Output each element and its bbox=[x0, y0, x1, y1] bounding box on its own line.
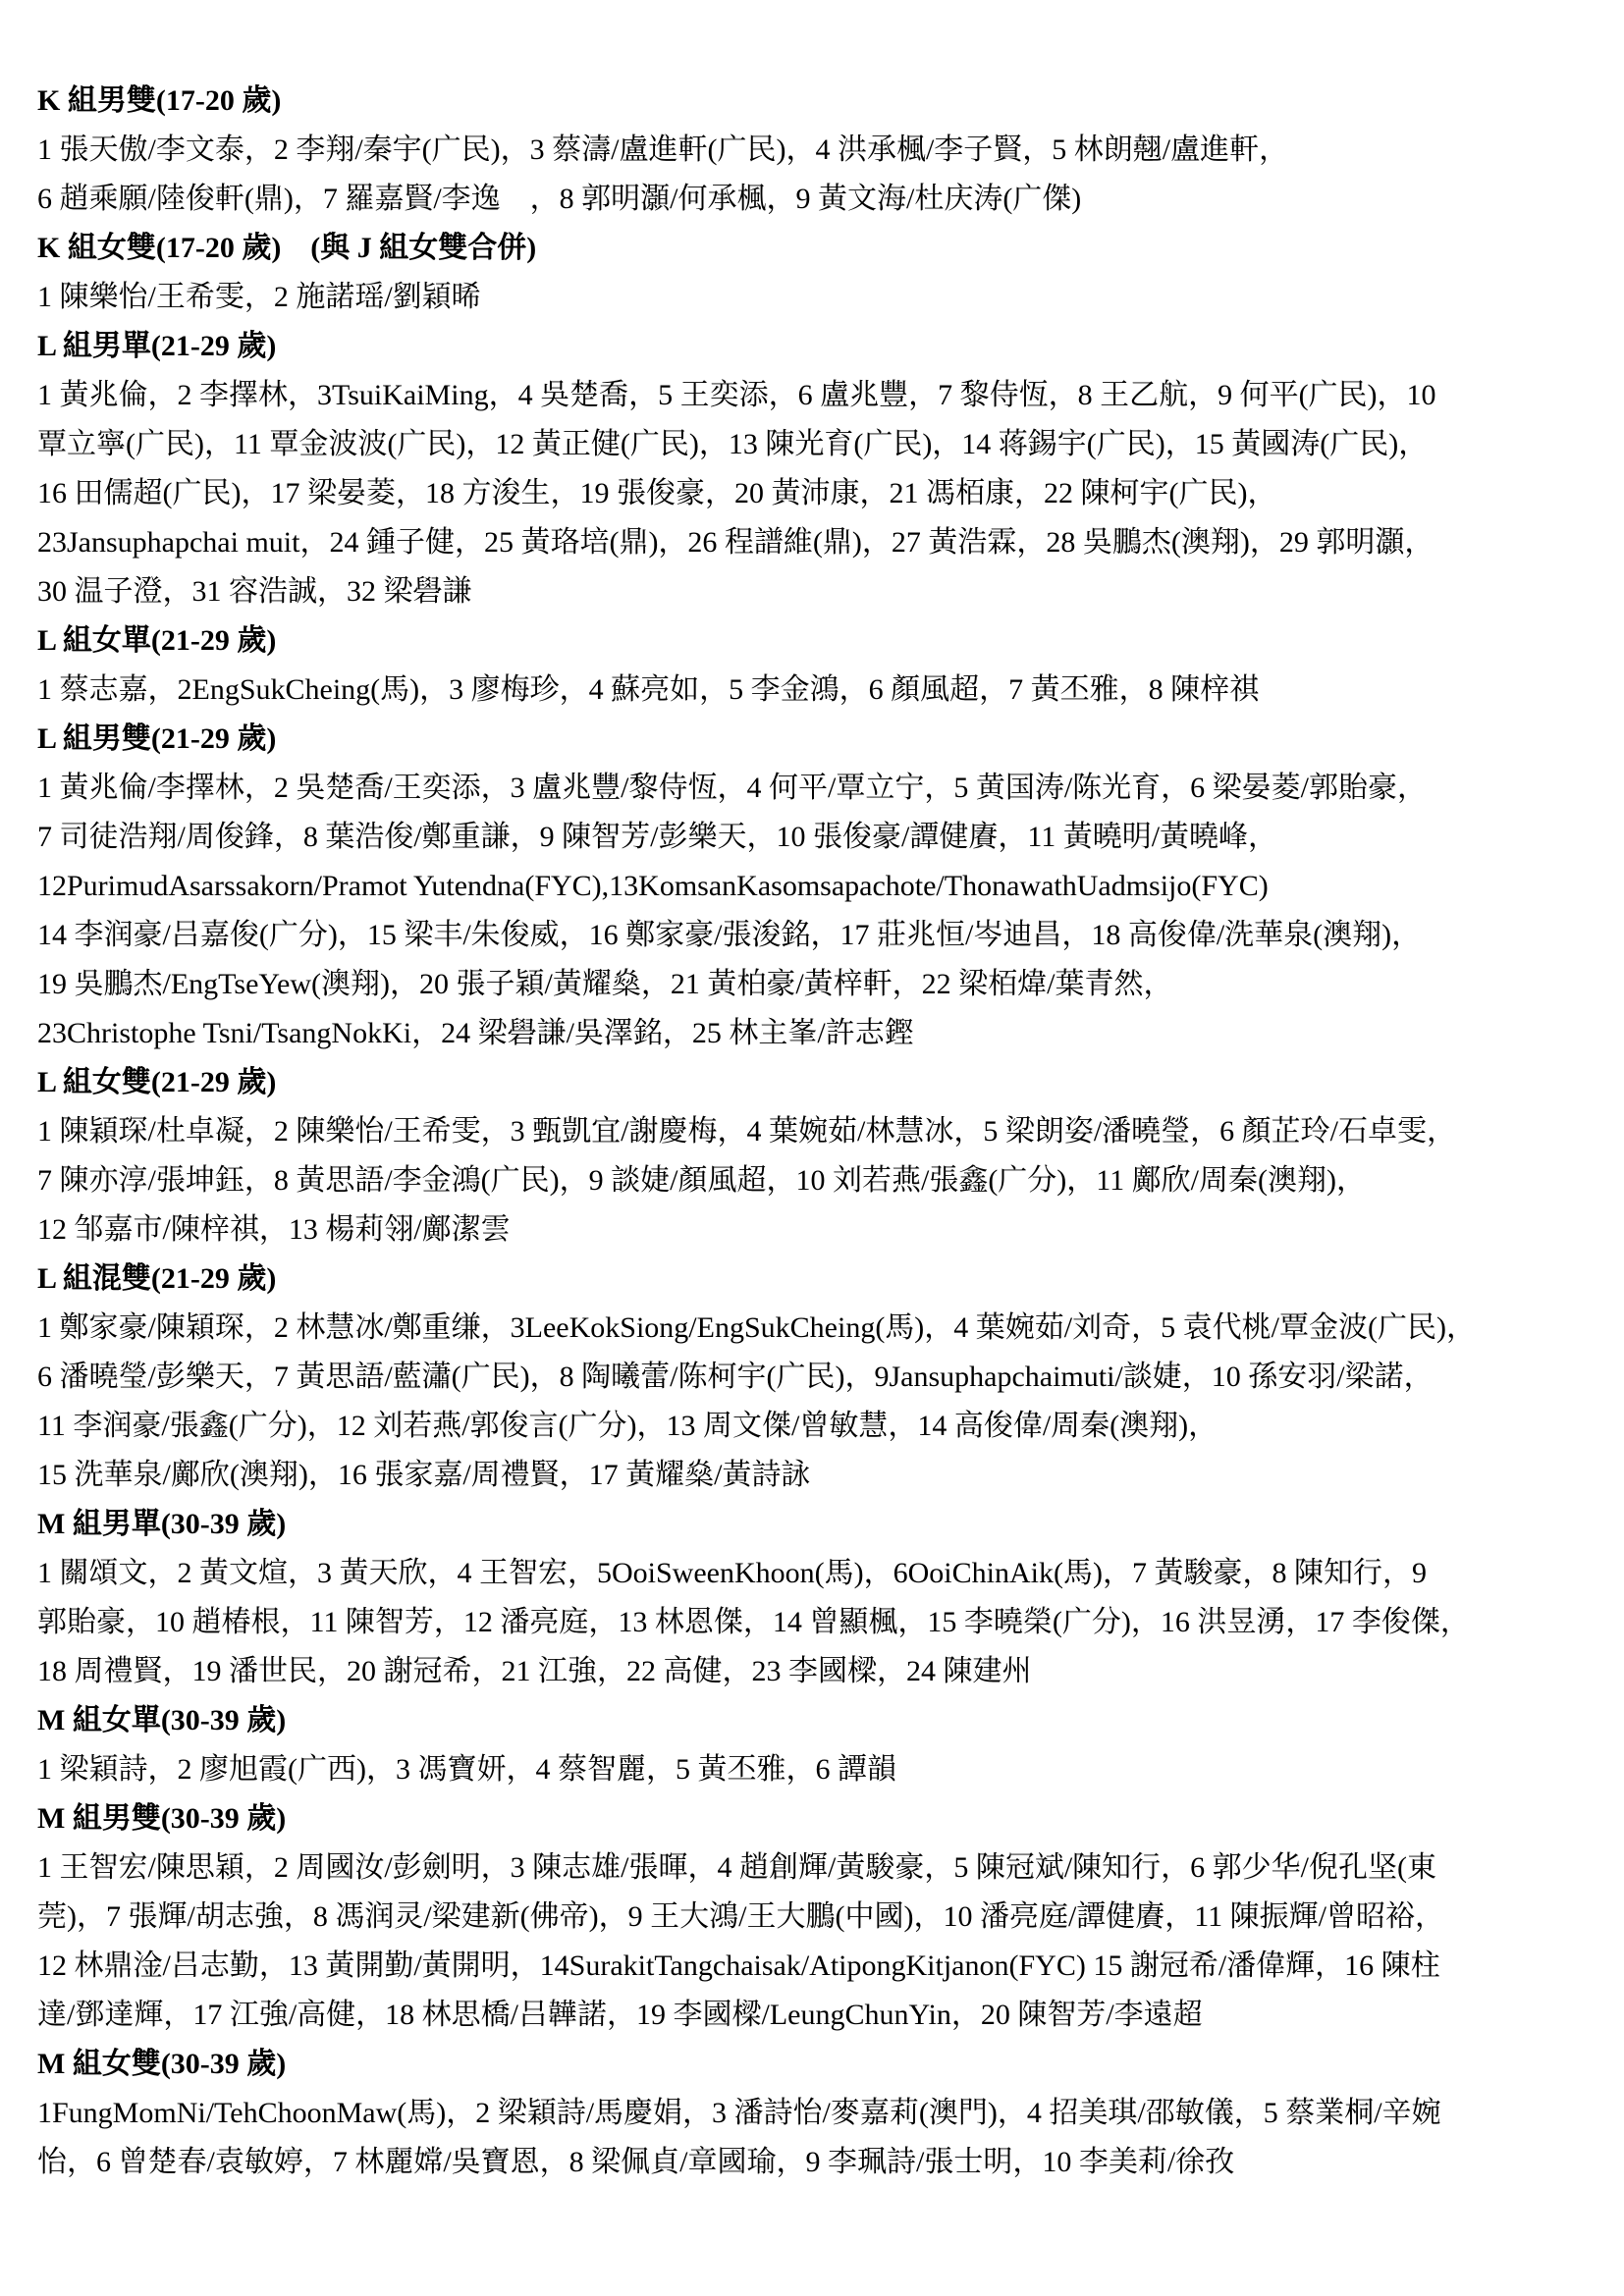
section-heading: L 組男單(21-29 歲) bbox=[37, 322, 1598, 371]
entry-line: 19 吳鵬杰/EngTseYew(澳翔)，20 張子穎/黃耀燊，21 黃柏豪/黃… bbox=[37, 960, 1598, 1009]
entry-line: 1 關頌文，2 黃文煊，3 黃天欣，4 王智宏，5OoiSweenKhoon(馬… bbox=[37, 1549, 1598, 1598]
entry-line: 1 張天傲/李文泰，2 李翔/秦宇(广民)，3 蔡濤/盧進軒(广民)，4 洪承楓… bbox=[37, 126, 1598, 175]
section-heading: L 組混雙(21-29 歲) bbox=[37, 1255, 1598, 1304]
entry-line: 怡，6 曾楚春/袁敏婷，7 林麗嫦/吳寶恩，8 梁佩貞/章國瑜，9 李珮詩/張士… bbox=[37, 2138, 1598, 2187]
entry-line: 18 周禮賢，19 潘世民，20 謝冠希，21 江強，22 高健，23 李國樑，… bbox=[37, 1647, 1598, 1696]
entry-line: 7 陳亦淳/張坤鈺，8 黃思語/李金鴻(广民)，9 談婕/顏風超，10 刘若燕/… bbox=[37, 1156, 1598, 1205]
section-l-mixed-doubles: L 組混雙(21-29 歲) 1 鄭家豪/陳穎琛，2 林慧冰/鄭重缣，3LeeK… bbox=[37, 1255, 1598, 1500]
document-page: K 組男雙(17-20 歲) 1 張天傲/李文泰，2 李翔/秦宇(广民)，3 蔡… bbox=[37, 77, 1598, 2187]
entry-line: 覃立寧(广民)，11 覃金波波(广民)，12 黃正健(广民)，13 陳光育(广民… bbox=[37, 420, 1598, 469]
entry-line: 達/鄧達輝，17 江強/高健，18 林思橋/吕韡諾，19 李國樑/LeungCh… bbox=[37, 1991, 1598, 2040]
section-l-mens-singles: L 組男單(21-29 歲) 1 黃兆倫，2 李擇林，3TsuiKaiMing，… bbox=[37, 322, 1598, 616]
entry-line: 23Christophe Tsni/TsangNokKi，24 梁礐謙/吳澤銘，… bbox=[37, 1009, 1598, 1058]
entry-line: 郭貽豪，10 趙椿根，11 陳智芳，12 潘亮庭，13 林恩傑，14 曾顯楓，1… bbox=[37, 1598, 1598, 1647]
section-heading: K 組男雙(17-20 歲) bbox=[37, 77, 1598, 126]
entry-line: 12 林鼎淦/吕志勤，13 黃開勤/黃開明，14SurakitTangchais… bbox=[37, 1942, 1598, 1991]
entry-line: 6 趙乘願/陸俊軒(鼎)，7 羅嘉賢/李逸 ，8 郭明灝/何承楓，9 黃文海/杜… bbox=[37, 175, 1598, 224]
section-m-womens-doubles: M 組女雙(30-39 歲) 1FungMomNi/TehChoonMaw(馬)… bbox=[37, 2040, 1598, 2187]
entry-line: 1 蔡志嘉，2EngSukCheing(馬)，3 廖梅珍，4 蘇亮如，5 李金鴻… bbox=[37, 666, 1598, 715]
entry-line: 12 邹嘉市/陳梓祺，13 楊莉翎/鄺潔雲 bbox=[37, 1205, 1598, 1255]
entry-line: 1FungMomNi/TehChoonMaw(馬)，2 梁穎詩/馬慶娟，3 潘詩… bbox=[37, 2089, 1598, 2138]
entry-line: 14 李润豪/吕嘉俊(广分)，15 梁丰/朱俊威，16 鄭家豪/張浚銘，17 莊… bbox=[37, 911, 1598, 960]
section-heading: M 組男單(30-39 歲) bbox=[37, 1500, 1598, 1549]
section-l-womens-singles: L 組女單(21-29 歲) 1 蔡志嘉，2EngSukCheing(馬)，3 … bbox=[37, 616, 1598, 715]
section-heading: M 組男雙(30-39 歲) bbox=[37, 1794, 1598, 1843]
section-l-mens-doubles: L 組男雙(21-29 歲) 1 黃兆倫/李擇林，2 吳楚喬/王奕添，3 盧兆豐… bbox=[37, 715, 1598, 1058]
entry-line: 11 李润豪/張鑫(广分)，12 刘若燕/郭俊言(广分)，13 周文傑/曾敏慧，… bbox=[37, 1402, 1598, 1451]
entry-line: 1 王智宏/陳思穎，2 周國汝/彭劍明，3 陳志雄/張暉，4 趙創輝/黃駿豪，5… bbox=[37, 1843, 1598, 1893]
section-m-womens-singles: M 組女單(30-39 歲) 1 梁穎詩，2 廖旭霞(广西)，3 馮寶妍，4 蔡… bbox=[37, 1696, 1598, 1794]
entry-line: 1 梁穎詩，2 廖旭霞(广西)，3 馮寶妍，4 蔡智麗，5 黃丕雅，6 譚韻 bbox=[37, 1745, 1598, 1794]
entry-line: 15 洗華泉/鄺欣(澳翔)，16 張家嘉/周禮賢，17 黃耀燊/黃詩詠 bbox=[37, 1451, 1598, 1500]
entry-line: 1 黃兆倫/李擇林，2 吳楚喬/王奕添，3 盧兆豐/黎侍恆，4 何平/覃立宁，5… bbox=[37, 764, 1598, 813]
entry-line: 6 潘曉瑩/彭樂天，7 黃思語/藍瀟(广民)，8 陶曦蕾/陈柯宇(广民)，9Ja… bbox=[37, 1353, 1598, 1402]
section-heading: M 組女雙(30-39 歲) bbox=[37, 2040, 1598, 2089]
entry-line: 12PurimudAsarssakorn/Pramot Yutendna(FYC… bbox=[37, 862, 1598, 911]
entry-line: 1 黃兆倫，2 李擇林，3TsuiKaiMing，4 吳楚喬，5 王奕添，6 盧… bbox=[37, 371, 1598, 420]
entry-line: 30 温子澄，31 容浩誠，32 梁礐謙 bbox=[37, 567, 1598, 616]
entry-line: 23Jansuphapchai muit，24 鍾子健，25 黃珞培(鼎)，26… bbox=[37, 518, 1598, 567]
entry-line: 7 司徒浩翔/周俊鋒，8 葉浩俊/鄭重謙，9 陳智芳/彭樂天，10 張俊豪/譚健… bbox=[37, 813, 1598, 862]
section-l-womens-doubles: L 組女雙(21-29 歲) 1 陳穎琛/杜卓凝，2 陳樂怡/王希雯，3 甄凱宜… bbox=[37, 1058, 1598, 1255]
section-heading: L 組男雙(21-29 歲) bbox=[37, 715, 1598, 764]
section-heading: M 組女單(30-39 歲) bbox=[37, 1696, 1598, 1745]
section-heading: L 組女單(21-29 歲) bbox=[37, 616, 1598, 666]
entry-line: 16 田儒超(广民)，17 梁晏菱，18 方浚生，19 張俊豪，20 黃沛康，2… bbox=[37, 469, 1598, 518]
section-heading: K 組女雙(17-20 歲) (與 J 組女雙合併) bbox=[37, 224, 1598, 273]
entry-line: 1 陳穎琛/杜卓凝，2 陳樂怡/王希雯，3 甄凱宜/謝慶梅，4 葉婉茹/林慧冰，… bbox=[37, 1107, 1598, 1156]
entry-line: 1 陳樂怡/王希雯，2 施諾瑶/劉穎晞 bbox=[37, 273, 1598, 322]
entry-line: 莞)，7 張輝/胡志強，8 馮润灵/梁建新(佛帝)，9 王大鴻/王大鵬(中國)，… bbox=[37, 1893, 1598, 1942]
entry-line: 1 鄭家豪/陳穎琛，2 林慧冰/鄭重缣，3LeeKokSiong/EngSukC… bbox=[37, 1304, 1598, 1353]
section-k-womens-doubles: K 組女雙(17-20 歲) (與 J 組女雙合併) 1 陳樂怡/王希雯，2 施… bbox=[37, 224, 1598, 322]
section-k-mens-doubles: K 組男雙(17-20 歲) 1 張天傲/李文泰，2 李翔/秦宇(广民)，3 蔡… bbox=[37, 77, 1598, 224]
section-heading: L 組女雙(21-29 歲) bbox=[37, 1058, 1598, 1107]
section-m-mens-singles: M 組男單(30-39 歲) 1 關頌文，2 黃文煊，3 黃天欣，4 王智宏，5… bbox=[37, 1500, 1598, 1696]
section-m-mens-doubles: M 組男雙(30-39 歲) 1 王智宏/陳思穎，2 周國汝/彭劍明，3 陳志雄… bbox=[37, 1794, 1598, 2040]
